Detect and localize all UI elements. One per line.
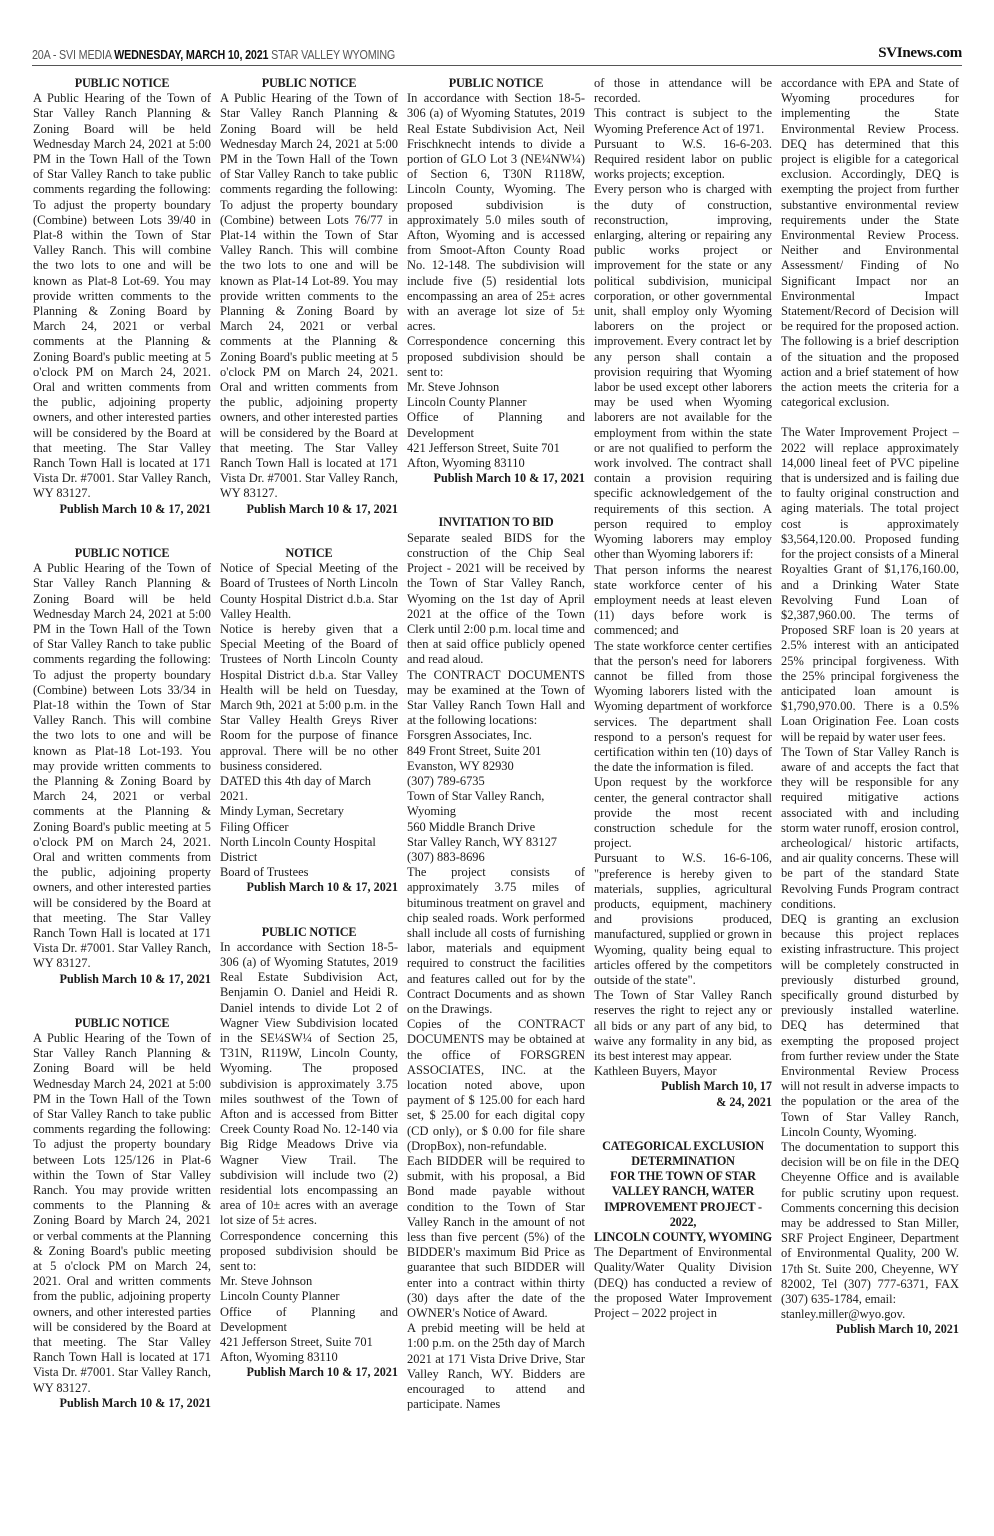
notice-body: A Public Hearing of the Town of Star Val…: [33, 91, 211, 501]
address-line: Lincoln County Planner: [407, 395, 585, 410]
address-line: Office of Planning and Development: [407, 410, 585, 440]
publish-dates: Publish March 10 & 17, 2021: [33, 502, 211, 517]
notice-body: A Public Hearing of the Town of Star Val…: [33, 561, 211, 971]
public-notice-plat-6: PUBLIC NOTICE A Public Hearing of the To…: [33, 1016, 211, 1411]
notice-paragraph: The state workforce center certifies tha…: [594, 639, 772, 776]
signature-line: Mindy Lyman, Secretary: [220, 804, 398, 819]
hospital-special-meeting-notice: NOTICE Notice of Special Meeting of the …: [220, 546, 398, 896]
notice-paragraph: of those in attendance will be recorded.: [594, 76, 772, 106]
notice-paragraph: The documentation to support this decisi…: [781, 1140, 959, 1307]
notice-paragraph: Every person who is charged with the dut…: [594, 182, 772, 562]
notice-paragraph: The Department of Environmental Quality/…: [594, 1245, 772, 1321]
notice-heading: PUBLIC NOTICE: [33, 76, 211, 91]
address-line: Afton, Wyoming 83110: [407, 456, 585, 471]
contact-email: stanley.miller@wyo.gov.: [781, 1307, 959, 1322]
notice-heading: CATEGORICAL EXCLUSION: [594, 1139, 772, 1154]
invitation-to-bid: INVITATION TO BID Separate sealed BIDS f…: [407, 515, 585, 1412]
location-line: Star Valley Ranch, WY 83127: [407, 835, 585, 850]
notice-paragraph: The CONTRACT DOCUMENTS may be examined a…: [407, 668, 585, 729]
address-line: Mr. Steve Johnson: [220, 1274, 398, 1289]
address-line: Afton, Wyoming 83110: [220, 1350, 398, 1365]
publish-dates: Publish March 10 & 17, 2021: [33, 972, 211, 987]
publish-dates: Publish March 10, 2021: [781, 1322, 959, 1337]
public-notice-daniel-subdivision: PUBLIC NOTICE In accordance with Section…: [220, 925, 398, 1381]
address-line: Mr. Steve Johnson: [407, 380, 585, 395]
column-5: accordance with EPA and State of Wyoming…: [781, 76, 959, 1516]
notice-paragraph: The Water Improvement Project – 2022 wil…: [781, 425, 959, 744]
publish-dates: Publish March 10 & 17, 2021: [220, 502, 398, 517]
categorical-exclusion-continued: accordance with EPA and State of Wyoming…: [781, 76, 959, 1338]
notice-paragraph: accordance with EPA and State of Wyoming…: [781, 76, 959, 410]
masthead-info: 20A - SVI MEDIA WEDNESDAY, MARCH 10, 202…: [32, 48, 395, 62]
notice-heading: INVITATION TO BID: [407, 515, 585, 530]
notice-paragraph: The project consists of approximately 3.…: [407, 865, 585, 1017]
publish-dates: Publish March 10 & 17, 2021: [407, 471, 585, 486]
location-line: 849 Front Street, Suite 201: [407, 744, 585, 759]
column-2: PUBLIC NOTICE A Public Hearing of the To…: [220, 76, 398, 1516]
location-line: (307) 789-6735: [407, 774, 585, 789]
notice-dated: DATED this 4th day of March 2021.: [220, 774, 398, 804]
notice-paragraph: Each BIDDER will be required to submit, …: [407, 1154, 585, 1321]
notice-heading: PUBLIC NOTICE: [407, 76, 585, 91]
notice-paragraph: Copies of the CONTRACT DOCUMENTS may be …: [407, 1017, 585, 1154]
publish-dates: Publish March 10 & 17, 2021: [220, 880, 398, 895]
signature-line: Board of Trustees: [220, 865, 398, 880]
invitation-to-bid-continued: of those in attendance will be recorded.…: [594, 76, 772, 1110]
signature-line: Kathleen Buyers, Mayor: [594, 1064, 772, 1079]
notice-paragraph: Separate sealed BIDS for the constructio…: [407, 531, 585, 668]
column-4: of those in attendance will be recorded.…: [594, 76, 772, 1516]
notice-heading: PUBLIC NOTICE: [33, 1016, 211, 1031]
notice-heading: DETERMINATION: [594, 1154, 772, 1169]
notice-body: A Public Hearing of the Town of Star Val…: [33, 1031, 211, 1396]
publish-dates-cont: & 24, 2021: [594, 1095, 772, 1110]
categorical-exclusion-notice: CATEGORICAL EXCLUSION DETERMINATION FOR …: [594, 1139, 772, 1321]
legal-notices: PUBLIC NOTICE A Public Hearing of the To…: [33, 76, 965, 1516]
address-line: Lincoln County Planner: [220, 1289, 398, 1304]
location-line: Forsgren Associates, Inc.: [407, 728, 585, 743]
publish-dates: Publish March 10, 17: [594, 1079, 772, 1094]
site-logo: SVInews.com: [878, 45, 962, 62]
notice-heading: PUBLIC NOTICE: [220, 76, 398, 91]
notice-paragraph: Correspondence concerning this proposed …: [407, 334, 585, 380]
notice-paragraph: Notice of Special Meeting of the Board o…: [220, 561, 398, 622]
notice-paragraph: This contract is subject to the Wyoming …: [594, 106, 772, 136]
page-masthead: 20A - SVI MEDIA WEDNESDAY, MARCH 10, 202…: [32, 44, 962, 66]
location-line: 560 Middle Branch Drive: [407, 820, 585, 835]
public-notice-frischknecht-subdivision: PUBLIC NOTICE In accordance with Section…: [407, 76, 585, 486]
notice-paragraph: Notice is hereby given that a Special Me…: [220, 622, 398, 774]
location-line: (307) 883-8696: [407, 850, 585, 865]
public-notice-plat-18: PUBLIC NOTICE A Public Hearing of the To…: [33, 546, 211, 987]
notice-heading: LINCOLN COUNTY, WYOMING: [594, 1230, 772, 1245]
notice-paragraph: That person informs the nearest state wo…: [594, 563, 772, 639]
location-line: Town of Star Valley Ranch, Wyoming: [407, 789, 585, 819]
address-line: 421 Jefferson Street, Suite 701: [220, 1335, 398, 1350]
notice-paragraph: The Town of Star Valley Ranch is aware o…: [781, 745, 959, 912]
signature-line: North Lincoln County Hospital District: [220, 835, 398, 865]
notice-paragraph: Upon request by the workforce center, th…: [594, 775, 772, 851]
notice-paragraph: The Town of Star Valley Ranch reserves t…: [594, 988, 772, 1064]
page-section: 20A - SVI MEDIA: [32, 48, 111, 62]
notice-paragraph: A prebid meeting will be held at 1:00 p.…: [407, 1321, 585, 1412]
notice-heading: NOTICE: [220, 546, 398, 561]
column-1: PUBLIC NOTICE A Public Hearing of the To…: [33, 76, 211, 1516]
publish-dates: Publish March 10 & 17, 2021: [33, 1396, 211, 1411]
notice-body: In accordance with Section 18-5-306 (a) …: [407, 91, 585, 334]
publish-dates: Publish March 10 & 17, 2021: [220, 1365, 398, 1380]
notice-heading: FOR THE TOWN OF STAR VALLEY RANCH, WATER…: [594, 1169, 772, 1230]
public-notice-plat-14: PUBLIC NOTICE A Public Hearing of the To…: [220, 76, 398, 517]
notice-paragraph: DEQ is granting an exclusion because thi…: [781, 912, 959, 1140]
address-line: Office of Planning and Development: [220, 1305, 398, 1335]
notice-paragraph: Correspondence concerning this proposed …: [220, 1229, 398, 1275]
notice-body: A Public Hearing of the Town of Star Val…: [220, 91, 398, 501]
notice-heading: PUBLIC NOTICE: [33, 546, 211, 561]
column-3: PUBLIC NOTICE In accordance with Section…: [407, 76, 585, 1516]
issue-date: WEDNESDAY, MARCH 10, 2021: [114, 48, 268, 62]
notice-heading: PUBLIC NOTICE: [220, 925, 398, 940]
region-label: STAR VALLEY WYOMING: [271, 48, 395, 62]
notice-paragraph: Pursuant to W.S. 16-6-106, "preference i…: [594, 851, 772, 988]
public-notice-plat-8: PUBLIC NOTICE A Public Hearing of the To…: [33, 76, 211, 517]
notice-paragraph: Pursuant to W.S. 16-6-203. Required resi…: [594, 137, 772, 183]
address-line: 421 Jefferson Street, Suite 701: [407, 441, 585, 456]
location-line: Evanston, WY 82930: [407, 759, 585, 774]
signature-line: Filing Officer: [220, 820, 398, 835]
notice-body: In accordance with Section 18-5-306 (a) …: [220, 940, 398, 1229]
